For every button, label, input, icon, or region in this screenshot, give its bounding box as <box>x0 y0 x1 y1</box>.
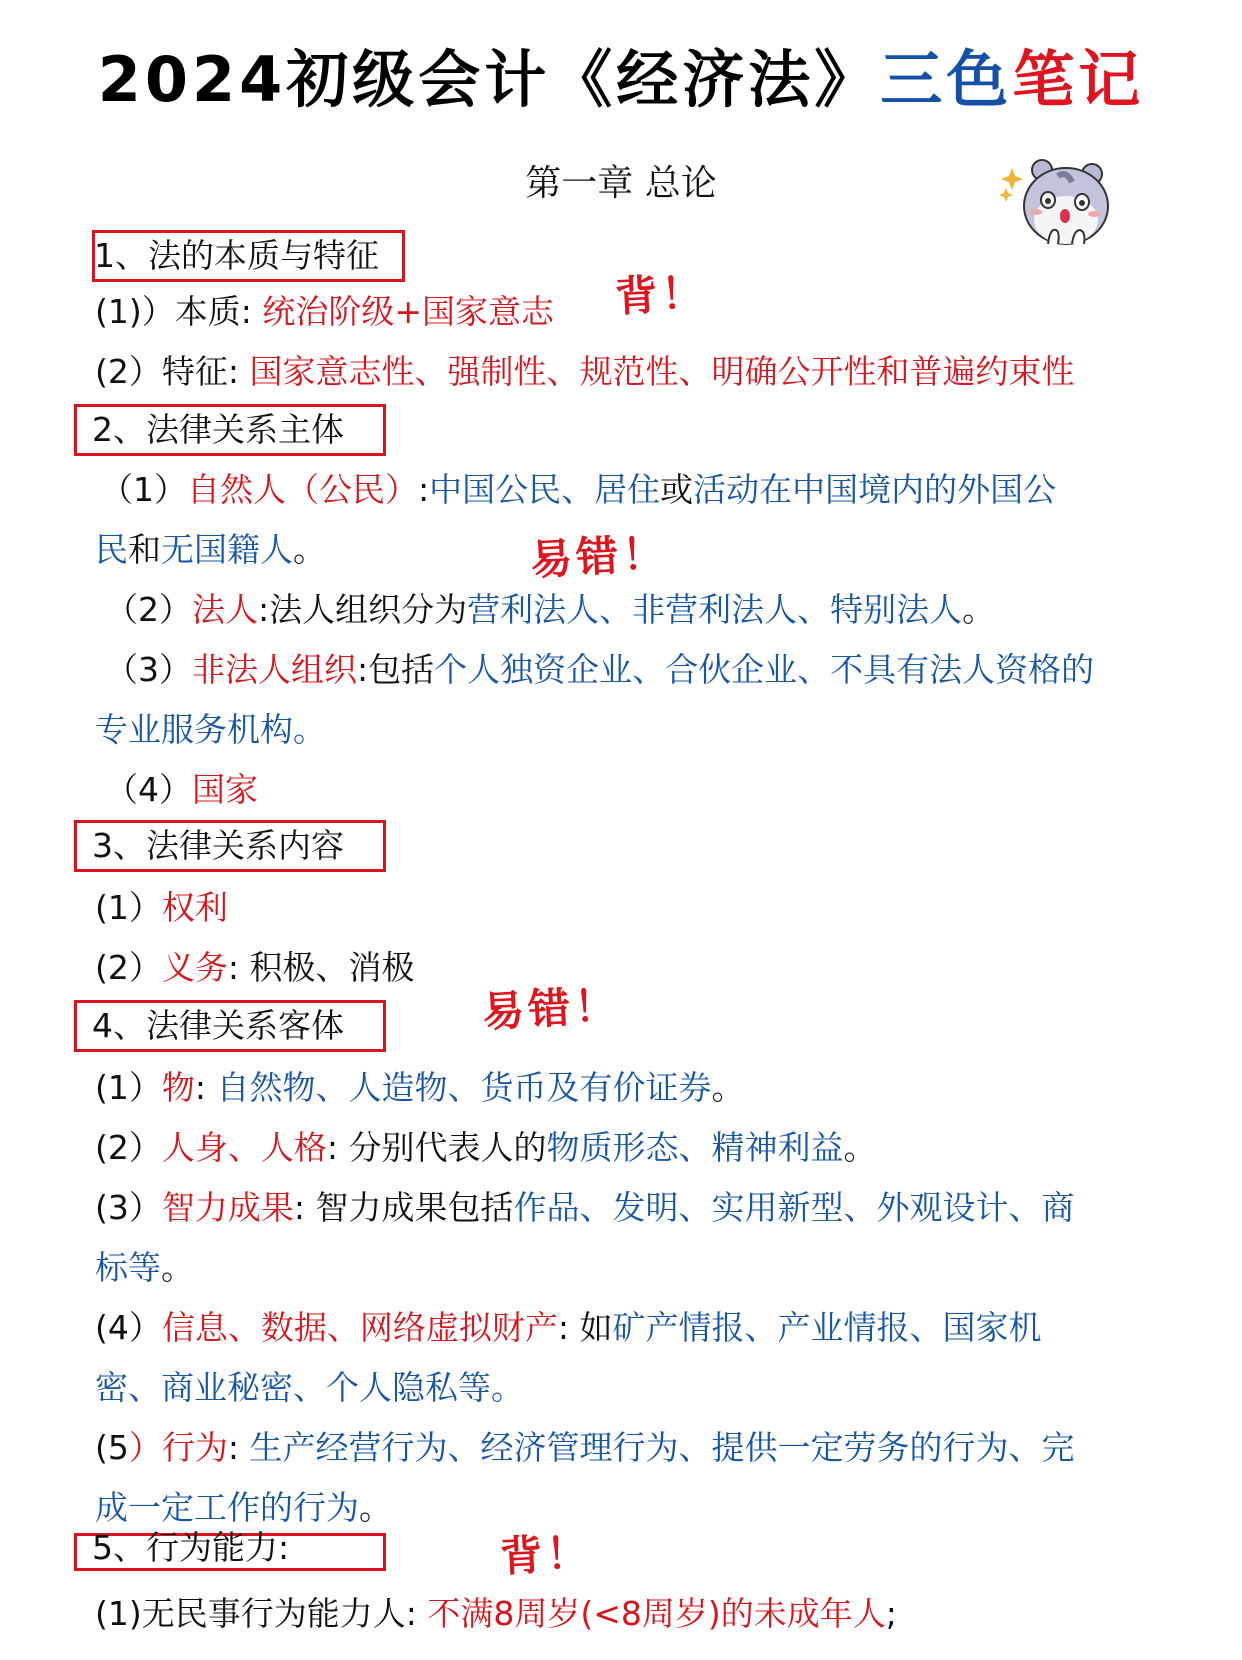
list-item: (3）智力成果: 智力成果包括作品、发明、实用新型、外观设计、商 <box>95 1186 1074 1230</box>
hamster-sticker-icon <box>1000 148 1120 248</box>
section-heading-3: 3、法律关系内容 <box>92 824 344 868</box>
list-item: (1)）本质: 统治阶级+国家意志 <box>95 290 554 334</box>
list-item: (2）人身、人格: 分别代表人的物质形态、精神利益。 <box>95 1126 876 1170</box>
error-prone-note-1: 易错！ <box>529 520 670 587</box>
list-item-continuation: 专业服务机构。 <box>95 708 326 752</box>
list-item: (1)无民事行为能力人: 不满8周岁(<8周岁)的未成年人; <box>95 1592 897 1636</box>
memorize-note-2: 背！ <box>498 1520 593 1585</box>
list-item-continuation: 标等。 <box>95 1246 194 1290</box>
title-red: 笔记 <box>1012 43 1144 116</box>
list-item: （3）非法人组织:包括个人独资企业、合伙企业、不具有法人资格的 <box>105 648 1094 692</box>
list-item: (2）义务: 积极、消极 <box>95 946 414 990</box>
list-item: (1）权利 <box>95 886 228 930</box>
section-heading-2: 2、法律关系主体 <box>92 408 344 452</box>
section-heading-4: 4、法律关系客体 <box>92 1004 344 1048</box>
list-item-continuation: 民和无国籍人。 <box>95 528 326 572</box>
error-prone-note-2: 易错！ <box>481 972 622 1039</box>
list-item: （4）国家 <box>105 768 258 812</box>
list-item: （1）自然人（公民）:中国公民、居住或活动在中国境内的外国公 <box>100 468 1056 512</box>
section-heading-1: 1、法的本质与特征 <box>94 234 379 278</box>
list-item: (4）信息、数据、网络虚拟财产: 如矿产情报、产业情报、国家机 <box>95 1306 1041 1350</box>
list-item-continuation: 密、商业秘密、个人隐私等。 <box>95 1366 524 1410</box>
title-main: 2024初级会计《经济法》 <box>98 43 881 116</box>
list-item: (1）物: 自然物、人造物、货币及有价证券。 <box>95 1066 744 1110</box>
memorize-note-1: 背！ <box>613 260 708 325</box>
list-item: (2）特征: 国家意志性、强制性、规范性、明确公开性和普遍约束性 <box>95 350 1074 394</box>
section-heading-5: 5、行为能力: <box>92 1526 289 1570</box>
title-blue: 三色 <box>880 43 1012 116</box>
page-title: 2024初级会计《经济法》三色笔记 <box>0 40 1242 120</box>
list-item-continuation: 成一定工作的行为。 <box>95 1486 392 1530</box>
list-item: （2）法人:法人组织分为营利法人、非营利法人、特别法人。 <box>105 588 995 632</box>
list-item: (5）行为: 生产经营行为、经济管理行为、提供一定劳务的行为、完 <box>95 1426 1074 1470</box>
